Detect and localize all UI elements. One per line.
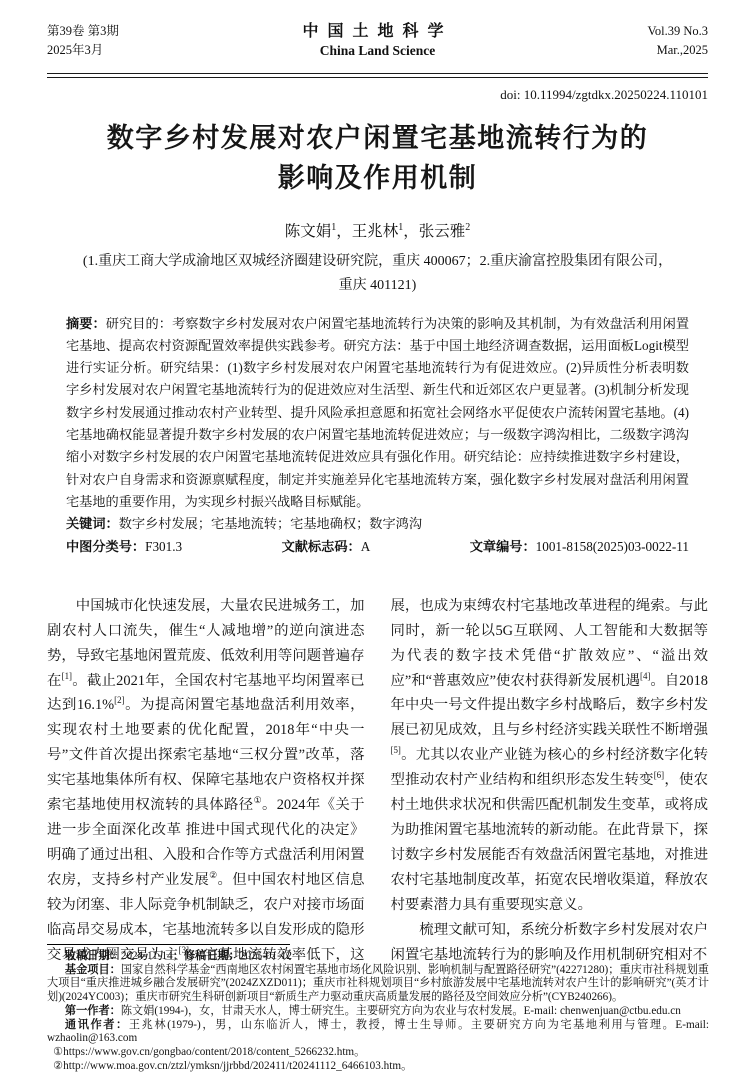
keywords-text: 数字乡村发展；宅基地流转；宅基地确权；数字鸿沟 xyxy=(119,516,422,531)
header-issue-en: Vol.39 No.3 Mar.,2025 xyxy=(548,22,708,60)
article-title-line1: 数字乡村发展对农户闲置宅基地流转行为的 xyxy=(47,118,708,158)
author-line: 陈文娟1，王兆林1，张云雅2 xyxy=(47,219,708,241)
header-issue-cn: 第39卷 第3期 2025年3月 xyxy=(47,22,207,60)
author-3: 张云雅2 xyxy=(419,223,471,240)
clc-number: 中图分类号：F301.3 xyxy=(66,536,182,558)
dates-line: 收稿日期：2024-11-14；修稿日期：2025-01-12 xyxy=(47,950,709,964)
abstract-text: 研究目的：考察数字乡村发展对农户闲置宅基地流转行为决策的影响及其机制，为有效盘活… xyxy=(66,316,689,509)
journal-page: 第39卷 第3期 2025年3月 中国土地科学 China Land Scien… xyxy=(0,0,754,1084)
abstract-block: 摘要：研究目的：考察数字乡村发展对农户闲置宅基地流转行为决策的影响及其机制，为有… xyxy=(66,313,689,558)
author-1: 陈文娟1 xyxy=(285,223,337,240)
affiliation-line1: (1.重庆工商大学成渝地区双城经济圈建设研究院，重庆 400067；2.重庆渝富… xyxy=(47,250,708,274)
author-separator: ， xyxy=(403,223,419,240)
date-en: Mar.,2025 xyxy=(548,41,708,60)
author-separator: ， xyxy=(336,223,352,240)
first-author-line: 第一作者：陈文娟(1994-)，女，甘肃天水人，博士研究生。主要研究方向为农业与… xyxy=(47,1005,709,1019)
author-2: 王兆林1 xyxy=(352,223,404,240)
doi-line: doi: 10.11994/zgtdkx.20250224.110101 xyxy=(47,87,708,103)
footnote-2: ②http://www.moa.gov.cn/ztzl/ymksn/jjrbbd… xyxy=(47,1060,709,1074)
body-paragraph-continued: 展，也成为束缚农村宅基地改革进程的绳索。与此同时，新一轮以5G互联网、人工智能和… xyxy=(391,594,709,918)
body-right-column: 展，也成为束缚农村宅基地改革进程的绳索。与此同时，新一轮以5G互联网、人工智能和… xyxy=(391,594,709,966)
footnote-divider xyxy=(47,944,290,945)
volume-issue-en: Vol.39 No.3 xyxy=(548,22,708,41)
body-paragraph: 中国城市化快速发展，大量农民进城务工，加剧农村人口流失，催生“人减地增”的逆向演… xyxy=(47,594,365,966)
affiliation: (1.重庆工商大学成渝地区双城经济圈建设研究院，重庆 400067；2.重庆渝富… xyxy=(47,250,708,298)
keywords-label: 关键词： xyxy=(66,516,119,531)
date-cn: 2025年3月 xyxy=(47,41,207,60)
abstract-label: 摘要： xyxy=(66,316,106,331)
corresponding-author-line: 通讯作者：王兆林(1979-)，男，山东临沂人，博士，教授，博士生导师。主要研究… xyxy=(47,1019,709,1046)
article-title-line2: 影响及作用机制 xyxy=(47,158,708,198)
journal-title-en: China Land Science xyxy=(207,42,548,60)
first-page-footnotes: 收稿日期：2024-11-14；修稿日期：2025-01-12 基金项目：国家自… xyxy=(47,944,709,1073)
journal-title-cn: 中国土地科学 xyxy=(207,22,548,42)
abstract-paragraph: 摘要：研究目的：考察数字乡村发展对农户闲置宅基地流转行为决策的影响及其机制，为有… xyxy=(66,313,689,514)
classification-row: 中图分类号：F301.3 文献标志码：A 文章编号：1001-8158(2025… xyxy=(66,536,689,558)
journal-title-block: 中国土地科学 China Land Science xyxy=(207,22,548,60)
article-number: 文章编号：1001-8158(2025)03-0022-11 xyxy=(470,536,689,558)
body-left-column: 中国城市化快速发展，大量农民进城务工，加剧农村人口流失，催生“人减地增”的逆向演… xyxy=(47,594,365,966)
author-3-affiliation-mark: 2 xyxy=(465,221,470,232)
volume-issue-cn: 第39卷 第3期 xyxy=(47,22,207,41)
article-title: 数字乡村发展对农户闲置宅基地流转行为的 影响及作用机制 xyxy=(47,118,708,198)
body-columns: 中国城市化快速发展，大量农民进城务工，加剧农村人口流失，催生“人减地增”的逆向演… xyxy=(47,594,708,966)
header-double-rule xyxy=(47,73,708,78)
funding-line: 基金项目：国家自然科学基金“西南地区农村闲置宅基地市场化风险识别、影响机制与配置… xyxy=(47,964,709,1005)
footnote-1: ①https://www.gov.cn/gongbao/content/2018… xyxy=(47,1046,709,1060)
keywords-line: 关键词：数字乡村发展；宅基地流转；宅基地确权；数字鸿沟 xyxy=(66,513,689,535)
journal-header: 第39卷 第3期 2025年3月 中国土地科学 China Land Scien… xyxy=(47,22,708,60)
document-code: 文献标志码：A xyxy=(282,536,371,558)
affiliation-line2: 重庆 401121) xyxy=(47,274,708,298)
